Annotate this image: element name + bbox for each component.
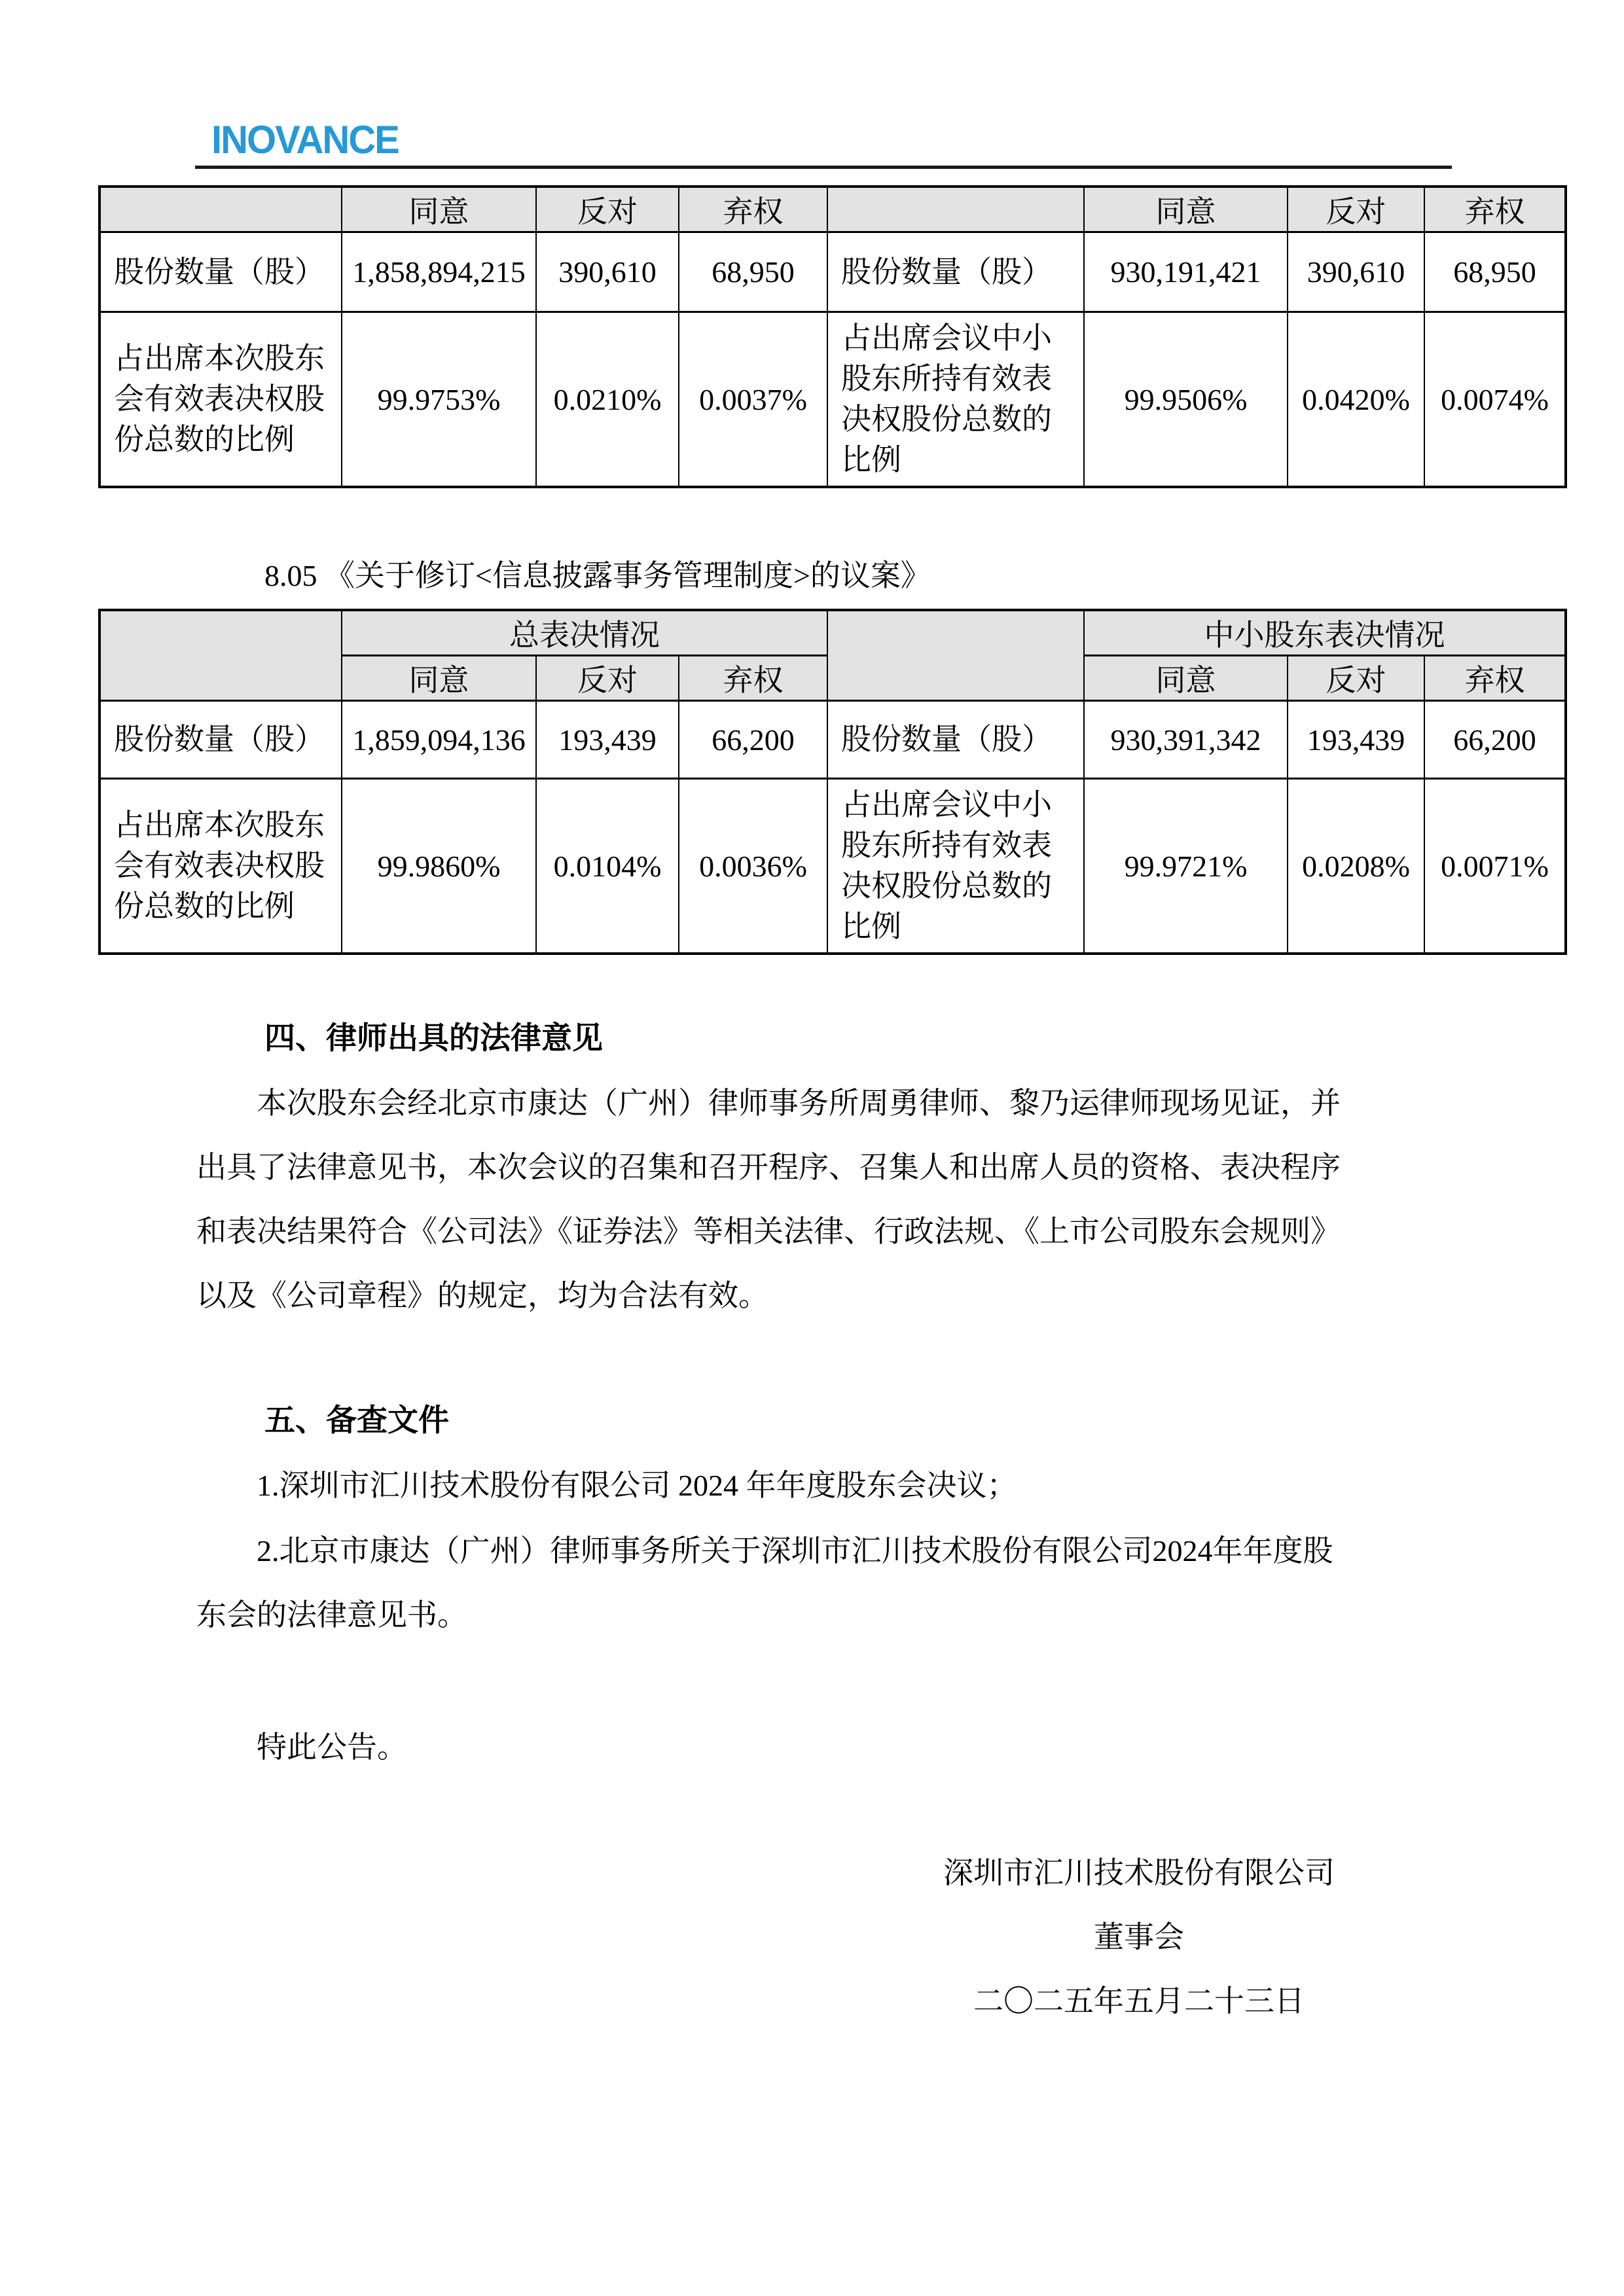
- voting-table-2: 总表决情况 中小股东表决情况 同意 反对 弃权 同意 反对 弃权 股份数量（股）…: [98, 609, 1567, 955]
- agree-ratio: 99.9753%: [342, 312, 536, 488]
- abstain-share-count: 68,950: [1424, 232, 1566, 312]
- agree-header: 同意: [342, 187, 536, 232]
- abstain-header: 弃权: [679, 187, 827, 232]
- table-row: 占出席本次股东会有效表决权股份总数的比例 99.9860% 0.0104% 0.…: [99, 779, 1566, 954]
- agree-share-count: 1,859,094,136: [342, 701, 536, 779]
- legal-opinion-paragraph: 本次股东会经北京市康达（广州）律师事务所周勇律师、黎乃运律师现场见证，并 出具了…: [196, 1071, 1453, 1328]
- voting-table-1: 同意 反对 弃权 同意 反对 弃权 股份数量（股） 1,858,894,215 …: [98, 185, 1567, 488]
- document-item-2: 2.北京市康达（广州）律师事务所关于深圳市汇川技术股份有限公司2024年年度股 …: [196, 1519, 1453, 1647]
- agree-ratio: 99.9721%: [1084, 779, 1288, 954]
- table-row: 占出席本次股东会有效表决权股份总数的比例 99.9753% 0.0210% 0.…: [99, 312, 1566, 488]
- ratio-label: 占出席本次股东会有效表决权股份总数的比例: [99, 312, 342, 488]
- against-share-count: 193,439: [536, 701, 679, 779]
- signature-date: 二〇二五年五月二十三日: [753, 1969, 1525, 2034]
- empty-header-cell: [99, 610, 342, 701]
- abstain-ratio: 0.0036%: [679, 779, 827, 954]
- abstain-ratio: 0.0037%: [679, 312, 827, 488]
- table-row: 股份数量（股） 1,858,894,215 390,610 68,950 股份数…: [99, 232, 1566, 312]
- documents-heading: 五、备查文件: [264, 1402, 449, 1439]
- share-count-label: 股份数量（股）: [827, 232, 1084, 312]
- table-row: 同意 反对 弃权 同意 反对 弃权: [99, 187, 1566, 232]
- agree-header: 同意: [1084, 656, 1288, 701]
- ratio-label: 占出席会议中小股东所持有效表决权股份总数的比例: [827, 312, 1084, 488]
- agree-header: 同意: [342, 656, 536, 701]
- signature-board: 董事会: [753, 1905, 1525, 1969]
- against-header: 反对: [1288, 187, 1424, 232]
- abstain-ratio: 0.0071%: [1424, 779, 1566, 954]
- abstain-ratio: 0.0074%: [1424, 312, 1566, 488]
- table-row: 股份数量（股） 1,859,094,136 193,439 66,200 股份数…: [99, 701, 1566, 779]
- document-item-1: 1.深圳市汇川技术股份有限公司 2024 年年度股东会决议；: [196, 1466, 1453, 1505]
- against-header: 反对: [1288, 656, 1424, 701]
- abstain-header: 弃权: [1424, 656, 1566, 701]
- agree-share-count: 930,391,342: [1084, 701, 1288, 779]
- total-voting-group-header: 总表决情况: [342, 610, 827, 656]
- ratio-label: 占出席本次股东会有效表决权股份总数的比例: [99, 779, 342, 954]
- against-share-count: 390,610: [536, 232, 679, 312]
- against-share-count: 193,439: [1288, 701, 1424, 779]
- against-ratio: 0.0208%: [1288, 779, 1424, 954]
- inovance-logo: INOVANCE: [211, 120, 399, 160]
- legal-opinion-heading: 四、律师出具的法律意见: [264, 1020, 603, 1056]
- against-ratio: 0.0104%: [536, 779, 679, 954]
- against-share-count: 390,610: [1288, 232, 1424, 312]
- table-row: 总表决情况 中小股东表决情况: [99, 610, 1566, 656]
- abstain-share-count: 66,200: [1424, 701, 1566, 779]
- against-header: 反对: [536, 187, 679, 232]
- share-count-label: 股份数量（股）: [827, 701, 1084, 779]
- share-count-label: 股份数量（股）: [99, 701, 342, 779]
- against-ratio: 0.0210%: [536, 312, 679, 488]
- empty-header-cell: [827, 187, 1084, 232]
- abstain-share-count: 68,950: [679, 232, 827, 312]
- against-header: 反对: [536, 656, 679, 701]
- minority-voting-group-header: 中小股东表决情况: [1084, 610, 1566, 656]
- proposal-805-title: 8.05 《关于修订<信息披露事务管理制度>的议案》: [264, 560, 931, 592]
- empty-header-cell: [99, 187, 342, 232]
- abstain-header: 弃权: [679, 656, 827, 701]
- against-ratio: 0.0420%: [1288, 312, 1424, 488]
- header-rule: [195, 166, 1452, 169]
- agree-share-count: 930,191,421: [1084, 232, 1288, 312]
- notice-text: 特此公告。: [196, 1728, 1453, 1767]
- agree-header: 同意: [1084, 187, 1288, 232]
- agree-ratio: 99.9860%: [342, 779, 536, 954]
- ratio-label: 占出席会议中小股东所持有效表决权股份总数的比例: [827, 779, 1084, 954]
- agree-share-count: 1,858,894,215: [342, 232, 536, 312]
- announcement-page: INOVANCE 同意 反对 弃权 同意 反对 弃权 股份数量（股） 1,858…: [0, 0, 1624, 2296]
- signature-company: 深圳市汇川技术股份有限公司: [753, 1841, 1525, 1905]
- share-count-label: 股份数量（股）: [99, 232, 342, 312]
- empty-header-cell: [827, 610, 1084, 701]
- abstain-share-count: 66,200: [679, 701, 827, 779]
- signature-block: 深圳市汇川技术股份有限公司 董事会 二〇二五年五月二十三日: [753, 1841, 1525, 2034]
- agree-ratio: 99.9506%: [1084, 312, 1288, 488]
- abstain-header: 弃权: [1424, 187, 1566, 232]
